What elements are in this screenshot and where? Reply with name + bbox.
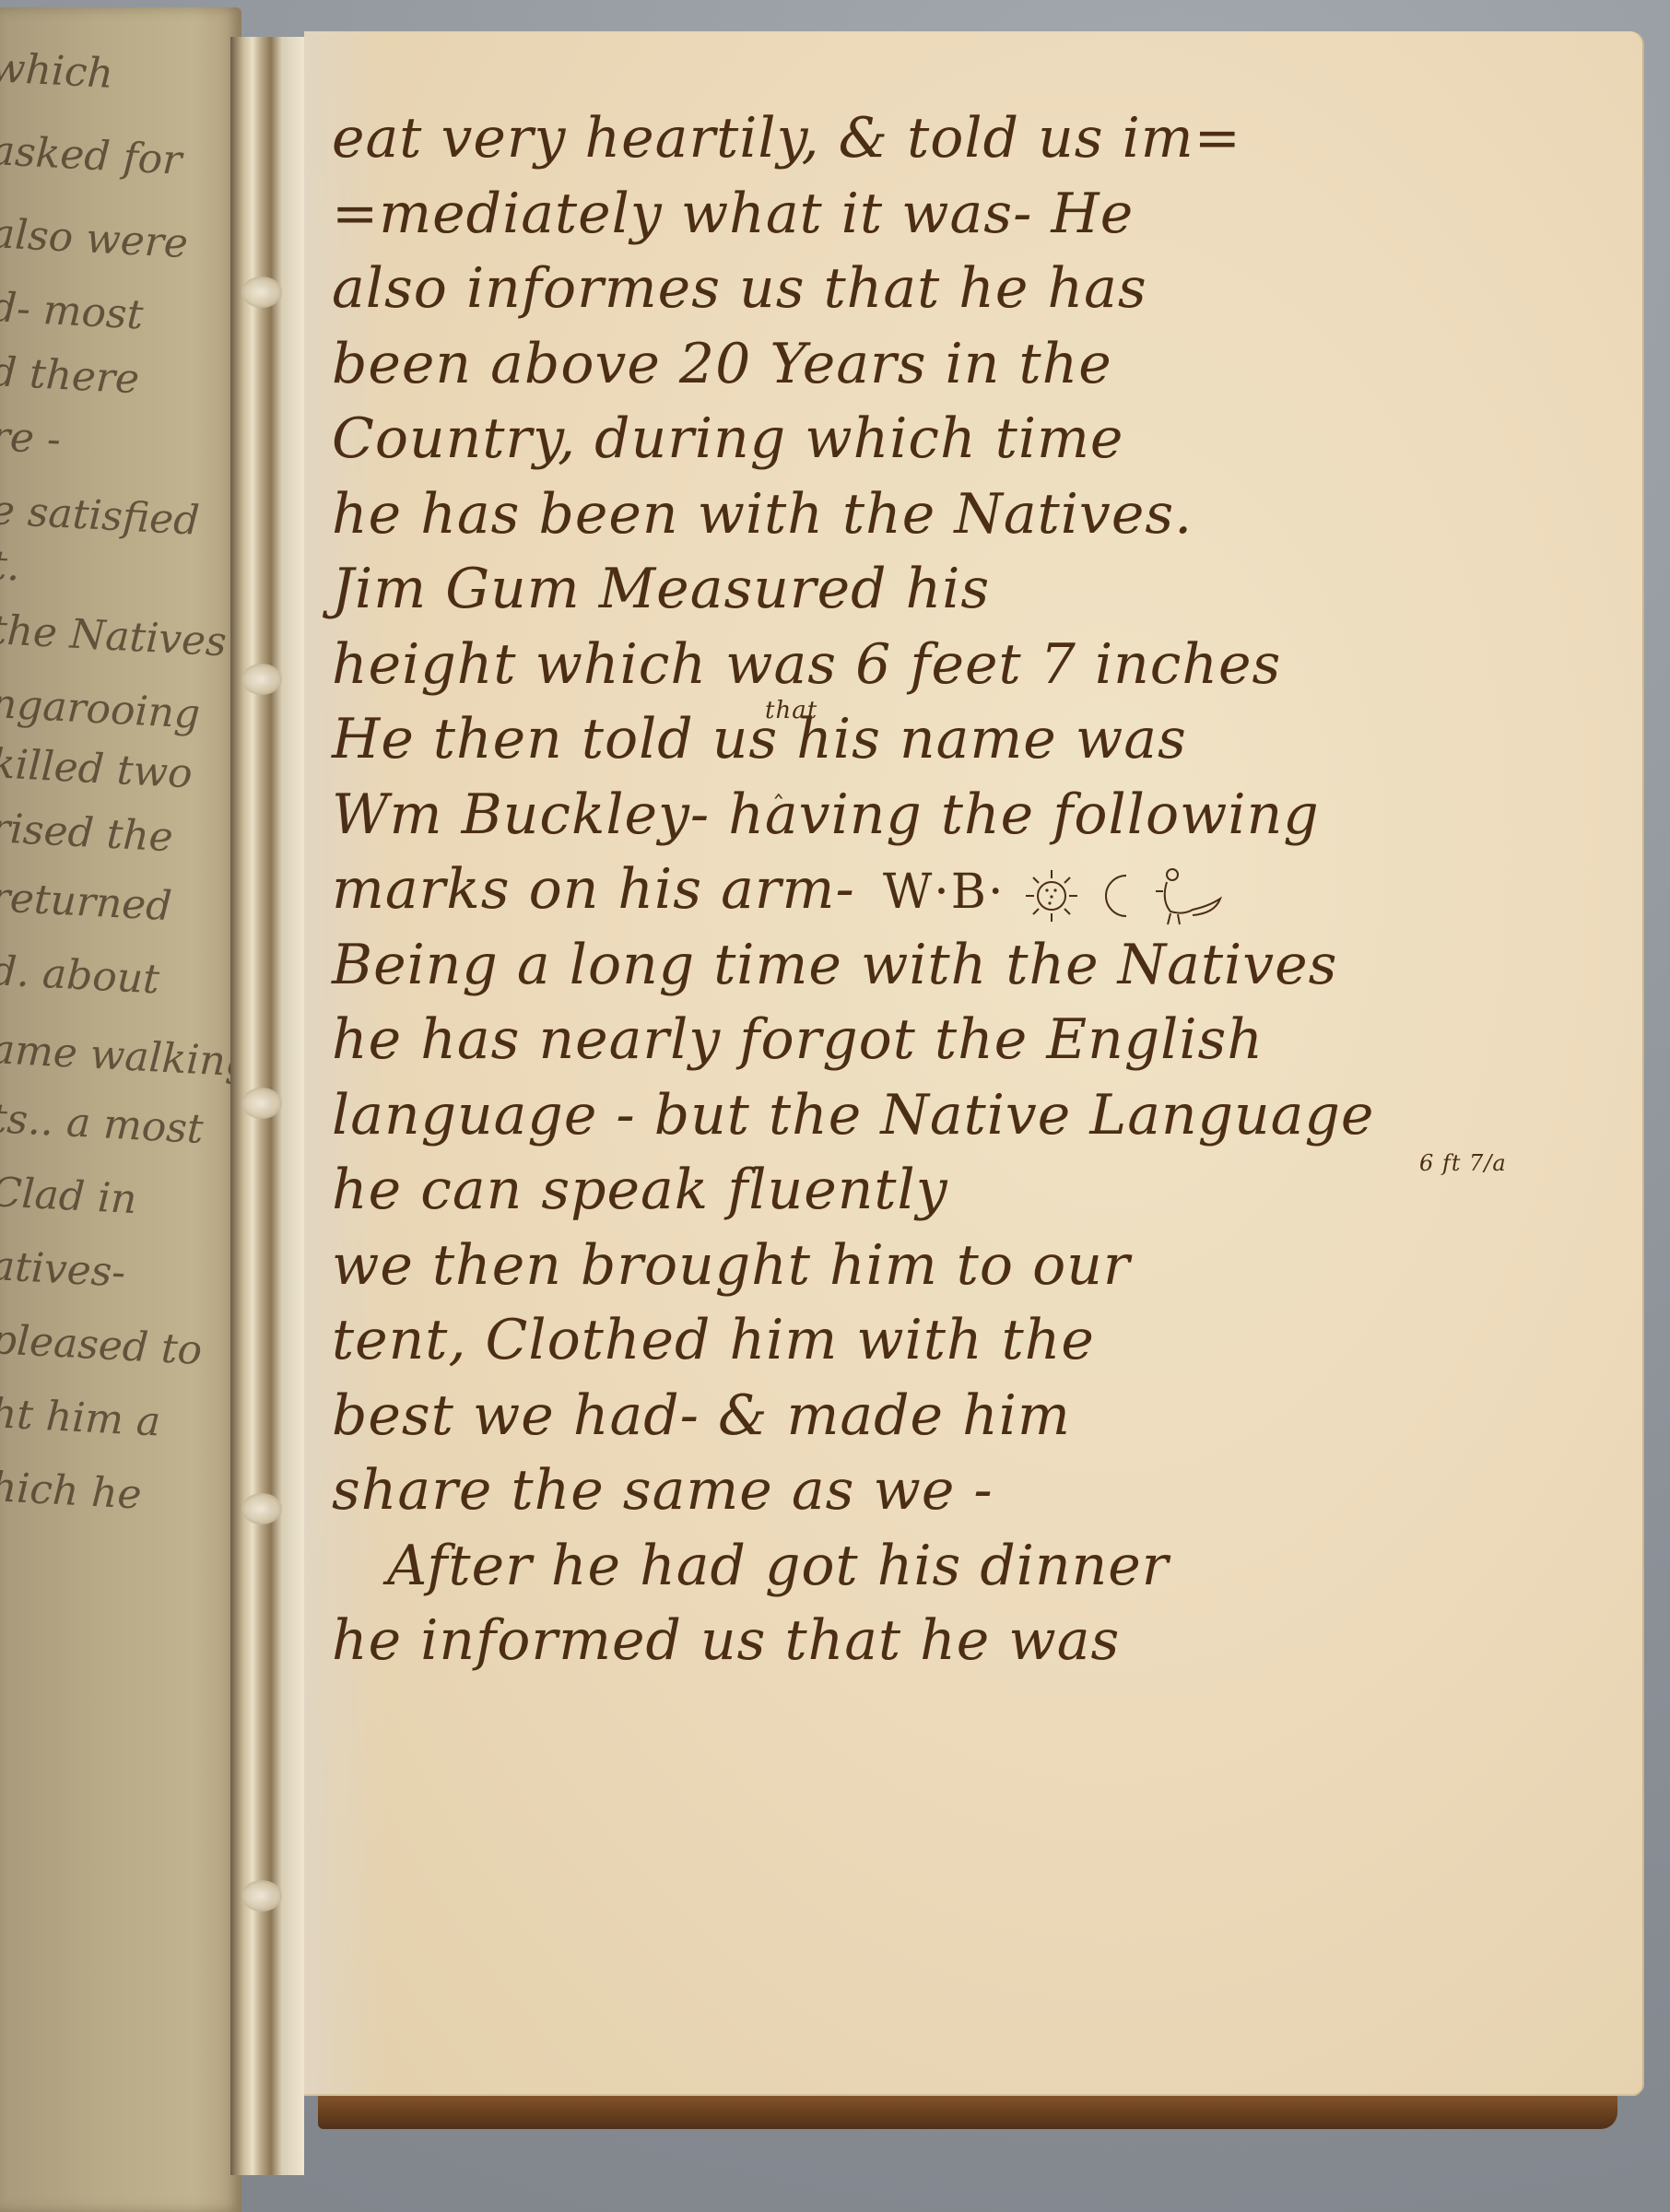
manuscript-line: he can speak fluently <box>332 1153 1622 1229</box>
verso-fragment: killed two <box>0 740 194 797</box>
verso-fragment: d. about <box>0 947 160 1004</box>
verso-fragment: ts.. a most <box>0 1095 205 1153</box>
bird-icon <box>1152 864 1226 928</box>
verso-fragment: ngarooing <box>0 680 201 738</box>
manuscript-line: eat very heartily, & told us im= <box>332 101 1622 177</box>
manuscript-line: been above 20 Years in the <box>332 327 1622 403</box>
verso-fragment: d there <box>0 348 140 403</box>
left-facing-page: which asked for also were d- most d ther… <box>0 7 241 2212</box>
manuscript-line: best we had- & made him <box>332 1379 1622 1454</box>
leather-binding-edge <box>318 2090 1617 2129</box>
verso-fragment: e satisfied <box>0 487 201 545</box>
crescent-moon-icon <box>1099 866 1135 925</box>
manuscript-line-text: He then told us his name was <box>332 707 1187 771</box>
manuscript-line-text: language - but the Native Language <box>332 1083 1374 1147</box>
verso-fragment: hich he <box>0 1464 143 1519</box>
manuscript-line-text: marks on his arm- <box>332 857 855 922</box>
manuscript-line: =mediately what it was- He <box>332 177 1622 253</box>
binding-stitch <box>241 1088 282 1119</box>
sun-icon <box>1022 866 1081 925</box>
manuscript-line: Being a long time with the Natives <box>332 928 1622 1004</box>
manuscript-line: Wm Buckley- having the following <box>332 778 1622 853</box>
binding-stitch <box>241 664 282 695</box>
manuscript-line: he informed us that he was <box>332 1604 1622 1679</box>
verso-fragment: d- most <box>0 284 145 339</box>
manuscript-text: eat very heartily, & told us im= =mediat… <box>332 101 1622 1679</box>
manuscript-line: After he had got his dinner <box>332 1529 1622 1605</box>
verso-fragment: re - <box>0 413 62 464</box>
tattoo-initials: W·B· <box>883 865 1006 920</box>
manuscript-line: He then told us his name was that ‸ <box>332 702 1622 778</box>
verso-fragment: also were <box>0 210 189 267</box>
manuscript-line: Country, during which time <box>332 402 1622 477</box>
manuscript-line: also informes us that he has <box>332 252 1622 327</box>
verso-fragment: rised the <box>0 805 174 861</box>
manuscript-line: height which was 6 feet 7 inches <box>332 628 1622 703</box>
manuscript-line: tent, Clothed him with the <box>332 1303 1622 1379</box>
verso-fragment: ame walking <box>0 1026 253 1087</box>
verso-fragment: returned <box>0 874 173 930</box>
binding-stitch <box>241 1493 282 1524</box>
manuscript-line: he has nearly forgot the English <box>332 1003 1622 1078</box>
manuscript-line: language - but the Native Language 6 ft … <box>332 1078 1622 1154</box>
verso-fragment: atives- <box>0 1242 126 1297</box>
verso-fragment: which <box>0 44 114 98</box>
binding-stitch <box>241 1880 282 1912</box>
manuscript-line: we then brought him to our <box>332 1229 1622 1304</box>
verso-fragment: t. <box>0 542 21 591</box>
verso-fragment: asked for <box>0 127 183 184</box>
tattoo-marks: W·B· <box>883 855 1226 931</box>
manuscript-line: marks on his arm- W·B· <box>332 853 1622 928</box>
verso-fragment: Clad in <box>0 1169 138 1223</box>
manuscript-line: he has been with the Natives. <box>332 477 1622 553</box>
interlinear-insertion: that <box>765 699 817 723</box>
verso-fragment: pleased to <box>0 1316 203 1374</box>
binding-stitch <box>241 276 282 308</box>
verso-fragment: ht him a <box>0 1390 161 1446</box>
manuscript-line: share the same as we - <box>332 1453 1622 1529</box>
manuscript-line: Jim Gum Measured his <box>332 552 1622 628</box>
verso-fragment: the Natives <box>0 606 228 665</box>
